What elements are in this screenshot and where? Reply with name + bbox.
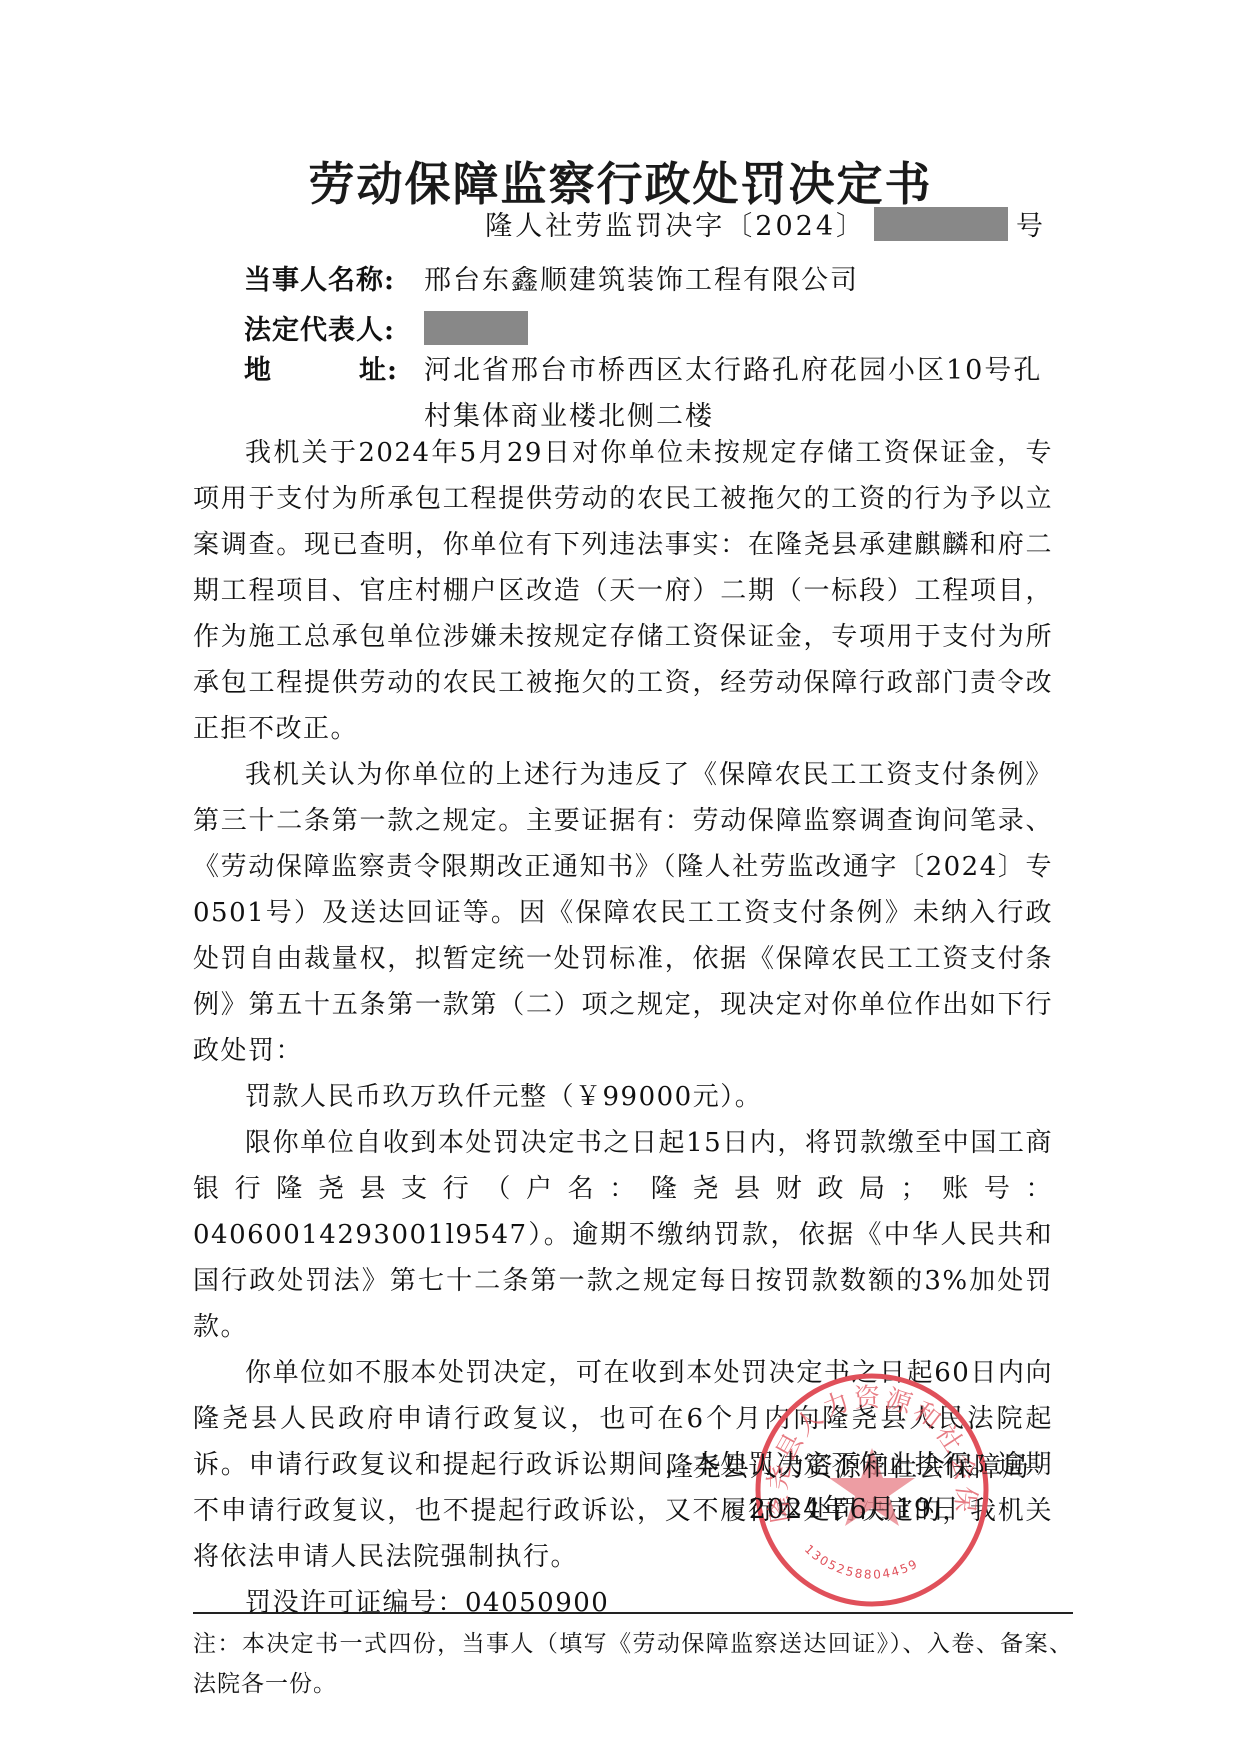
svg-text:1305258804459: 1305258804459: [802, 1542, 921, 1582]
footer-divider: [193, 1612, 1073, 1614]
issuing-agency: 隆尧县人力资源和社会保障局: [650, 1447, 1030, 1489]
legal-rep-label: 法定代表人:: [244, 308, 424, 347]
doc-number-prefix: 隆人社劳监罚决字〔2024〕: [485, 204, 866, 243]
paragraph-facts: 我机关于2024年5月29日对你单位未按规定存储工资保证金，专项用于支付为所承包…: [193, 430, 1053, 752]
paragraph-penalty: 罚款人民币玖万玖仟元整（￥99000元）。: [193, 1074, 1053, 1120]
paragraph-legal-basis: 我机关认为你单位的上述行为违反了《保障农民工工资支付条例》第三十二条第一款之规定…: [193, 752, 1053, 1074]
redacted-legal-rep: [424, 311, 528, 345]
footer-note: 注：本决定书一式四份，当事人（填写《劳动保障监察送达回证》）、入卷、备案、法院各…: [193, 1624, 1073, 1704]
address-value: 河北省邢台市桥西区太行路孔府花园小区10号孔村集体商业楼北侧二楼: [424, 348, 1064, 440]
party-name-value: 邢台东鑫顺建筑装饰工程有限公司: [424, 258, 859, 297]
party-name-field: 当事人名称: 邢台东鑫顺建筑装饰工程有限公司: [244, 258, 859, 297]
address-label: 地 址:: [244, 348, 398, 387]
address-label-b: 址:: [359, 348, 398, 387]
document-page: 劳动保障监察行政处罚决定书 隆人社劳监罚决字〔2024〕 号 当事人名称: 邢台…: [0, 0, 1241, 1754]
signature-block: 隆尧县人力资源和社会保障局 2024年6月19日: [650, 1447, 1030, 1531]
issue-date: 2024年6月19日: [650, 1489, 1030, 1531]
address-label-a: 地: [244, 348, 272, 387]
redacted-doc-number: [874, 207, 1008, 241]
doc-number-suffix: 号: [1016, 204, 1046, 243]
address-field: 地 址: 河北省邢台市桥西区太行路孔府花园小区10号孔村集体商业楼北侧二楼: [244, 348, 1064, 440]
seal-serial: 1305258804459: [802, 1542, 921, 1582]
legal-rep-field: 法定代表人:: [244, 308, 528, 347]
party-name-label: 当事人名称:: [244, 258, 424, 297]
paragraph-payment: 限你单位自收到本处罚决定书之日起15日内，将罚款缴至中国工商银行隆尧县支行（户名…: [193, 1120, 1053, 1350]
document-number: 隆人社劳监罚决字〔2024〕 号: [485, 204, 1046, 243]
